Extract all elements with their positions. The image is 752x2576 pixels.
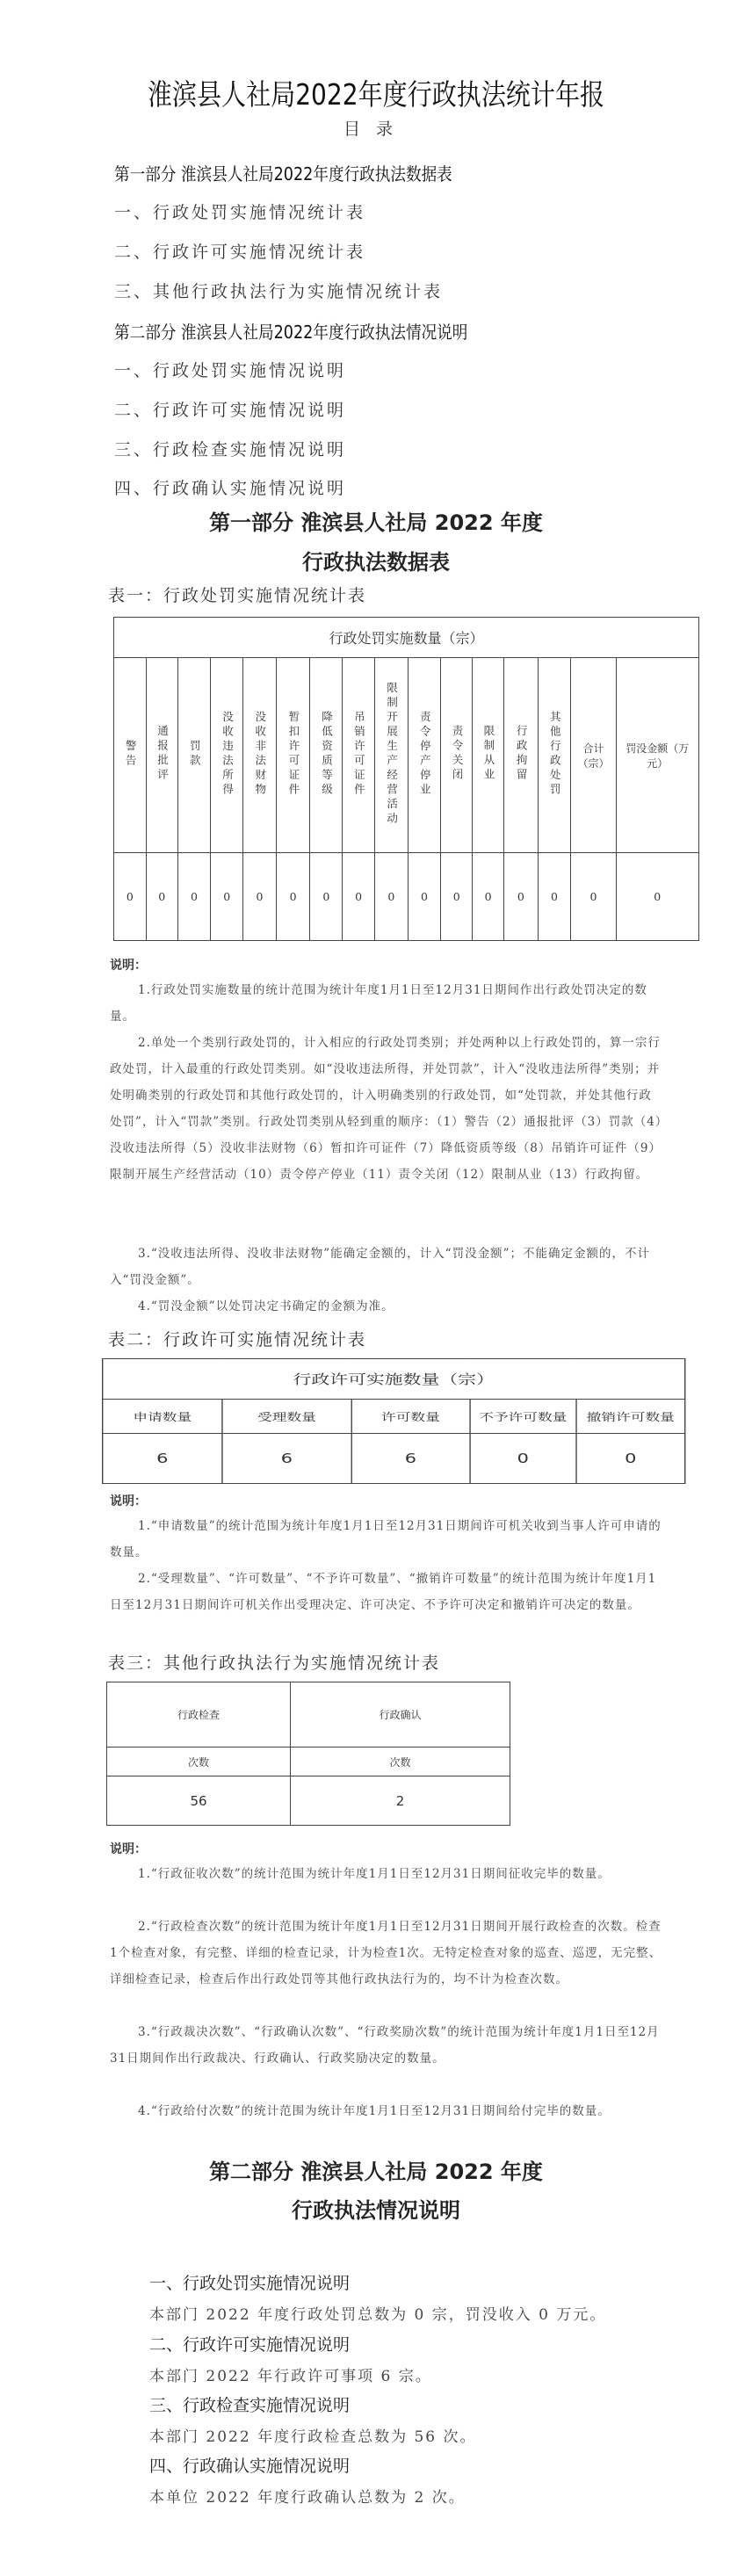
table2-note: 1.“申请数量”的统计范围为统计年度1月1日至12月31日期间许可机关收到当事人…: [110, 1513, 663, 1566]
section-heading: 一、行政处罚实施情况说明: [149, 2270, 350, 2294]
toc-item: 四、行政确认实施情况说明: [114, 475, 346, 499]
permit-table: 行政许可实施数量（宗） 申请数量 受理数量 许可数量 不予许可数量 撤销许可数量…: [102, 1358, 685, 1484]
col-header: 行政拘留: [516, 725, 527, 783]
other-header-row: 行政检查 行政确认: [107, 1682, 510, 1747]
part2-title-line1: 第二部分 淮滨县人社局 2022 年度: [0, 2154, 752, 2185]
cell-value: 0: [504, 853, 539, 941]
col-header: 暂扣许可证件: [287, 711, 299, 798]
col-header: 许可数量: [351, 1400, 470, 1434]
cell-value: 0: [616, 853, 698, 941]
toc-item: 三、其他行政执法行为实施情况统计表: [114, 279, 443, 302]
section-heading: 三、行政检查实施情况说明: [149, 2392, 350, 2416]
col-header: 没收违法所得: [221, 711, 233, 798]
table1-note: 1.行政处罚实施数量的统计范围为统计年度1月1日至12月31日期间作出行政处罚决…: [110, 977, 663, 1030]
toc-item: 一、行政处罚实施情况说明: [114, 358, 346, 381]
col-header: 行政检查: [107, 1682, 291, 1747]
cell-value: 0: [343, 853, 375, 941]
col-header: 限制开展生产经营活动: [386, 682, 397, 827]
document-title: 淮滨县人社局2022年度行政执法统计年报: [56, 72, 696, 113]
cell-value: 0: [441, 853, 473, 941]
cell-value: 6: [351, 1434, 470, 1484]
cell-value: 6: [222, 1434, 351, 1484]
penalty-table: 行政处罚实施数量（宗） 警告 通报批评 罚款 没收违法所得 没收非法财物 暂扣许…: [113, 617, 699, 941]
col-header: 不予许可数量: [470, 1400, 576, 1434]
col-header: 警告: [125, 740, 136, 769]
col-header: 降低资质等级: [321, 711, 332, 798]
cell-value: 0: [114, 853, 147, 941]
col-subheader: 次数: [291, 1747, 510, 1776]
col-header: 责令停产停业: [419, 711, 430, 798]
col-header: 受理数量: [222, 1400, 351, 1434]
cell-value: 6: [103, 1434, 222, 1484]
col-header: 限制从业: [482, 725, 494, 783]
permit-group-header: 行政许可实施数量（宗）: [103, 1359, 685, 1400]
penalty-group-header: 行政处罚实施数量（宗）: [114, 618, 699, 658]
section-body: 本部门 2022 年度行政处罚总数为 0 宗，罚没收入 0 万元。: [149, 2302, 606, 2324]
col-header: 申请数量: [103, 1400, 222, 1434]
col-header: 撤销许可数量: [576, 1400, 685, 1434]
cell-value: 0: [374, 853, 408, 941]
section-body: 本部门 2022 年度行政检查总数为 56 次。: [149, 2424, 477, 2446]
cell-value: 0: [571, 853, 616, 941]
part1-title-line2: 行政执法数据表: [0, 545, 752, 575]
col-header: 行政确认: [291, 1682, 510, 1747]
cell-value: 0: [473, 853, 504, 941]
toc-heading: 目录: [0, 116, 752, 140]
table1-note: 4.“罚没金额”以处罚决定书确定的金额为准。: [110, 1293, 663, 1320]
cell-value: 56: [107, 1776, 291, 1826]
toc-item: 一、行政处罚实施情况统计表: [114, 199, 365, 223]
cell-value: 0: [408, 853, 441, 941]
cell-value: 0: [538, 853, 571, 941]
table3-note: 3.“行政裁决次数”、“行政确认次数”、“行政奖励次数”的统计范围为统计年度1月…: [110, 2019, 663, 2072]
table2-note: 2.“受理数量”、“许可数量”、“不予许可数量”、“撤销许可数量”的统计范围为统…: [110, 1566, 663, 1618]
other-subheader-row: 次数 次数: [107, 1747, 510, 1776]
cell-value: 0: [576, 1434, 685, 1484]
cell-value: 0: [211, 853, 243, 941]
part2-title-line2: 行政执法情况说明: [0, 2193, 752, 2224]
table2-caption: 表二：行政许可实施情况统计表: [108, 1327, 366, 1350]
col-header-amount: 罚没金额（万元）: [616, 658, 698, 853]
section-heading: 二、行政许可实施情况说明: [149, 2332, 350, 2355]
table2-notes-label: 说明：: [110, 1492, 147, 1509]
section-body: 本单位 2022 年度行政确认总数为 2 次。: [149, 2485, 466, 2507]
section-heading: 四、行政确认实施情况说明: [149, 2453, 350, 2477]
col-header-total: 合计（宗）: [571, 658, 616, 853]
col-header: 吊销许可证件: [353, 711, 365, 798]
table-row: 56 2: [107, 1776, 510, 1826]
table3-note: 1.“行政征收次数”的统计范围为统计年度1月1日至12月31日期间征收完毕的数量…: [110, 1861, 663, 1887]
col-subheader: 次数: [107, 1747, 291, 1776]
cell-value: 2: [291, 1776, 510, 1826]
table-row: 0 0 0 0 0 0 0 0 0 0 0 0 0 0 0 0: [114, 853, 699, 941]
cell-value: 0: [276, 853, 310, 941]
col-header: 没收非法财物: [254, 711, 265, 798]
toc-part2: 第二部分 淮滨县人社局2022年度行政执法情况说明: [114, 318, 467, 344]
table1-caption: 表一：行政处罚实施情况统计表: [108, 582, 366, 606]
cell-value: 0: [243, 853, 277, 941]
table3-notes-label: 说明：: [110, 1840, 147, 1857]
penalty-header-row: 警告 通报批评 罚款 没收违法所得 没收非法财物 暂扣许可证件 降低资质等级 吊…: [114, 658, 699, 853]
table3-caption: 表三：其他行政执法行为实施情况统计表: [108, 1650, 440, 1674]
cell-value: 0: [146, 853, 177, 941]
toc-item: 三、行政检查实施情况说明: [114, 437, 346, 460]
col-header: 通报批评: [156, 725, 168, 783]
other-enforcement-table: 行政检查 行政确认 次数 次数 56 2: [106, 1682, 510, 1826]
table3-note: 4.“行政给付次数”的统计范围为统计年度1月1日至12月31日期间给付完毕的数量…: [110, 2098, 663, 2124]
table1-notes-label: 说明：: [110, 956, 147, 973]
permit-header-row: 申请数量 受理数量 许可数量 不予许可数量 撤销许可数量: [103, 1400, 685, 1434]
table1-note: 3.“没收违法所得、没收非法财物”能确定金额的，计入“罚没金额”；不能确定金额的…: [110, 1241, 663, 1293]
col-header: 其他行政处罚: [549, 711, 560, 798]
cell-value: 0: [177, 853, 211, 941]
table3-note: 2.“行政检查次数”的统计范围为统计年度1月1日至12月31日期间开展行政检查的…: [110, 1914, 663, 1993]
toc-part1: 第一部分 淮滨县人社局2022年度行政执法数据表: [114, 160, 452, 185]
col-header: 责令关闭: [452, 725, 463, 783]
col-header: 罚款: [189, 740, 200, 769]
cell-value: 0: [470, 1434, 576, 1484]
table1-note: 2.单处一个类别行政处罚的，计入相应的行政处罚类别；并处两种以上行政处罚的，算一…: [110, 1030, 663, 1188]
cell-value: 0: [310, 853, 343, 941]
section-body: 本部门 2022 年行政许可事项 6 宗。: [149, 2363, 432, 2385]
toc-item: 二、行政许可实施情况统计表: [114, 239, 365, 263]
part1-title-line1: 第一部分 淮滨县人社局 2022 年度: [0, 505, 752, 536]
toc-item: 二、行政许可实施情况说明: [114, 397, 346, 421]
table-row: 6 6 6 0 0: [103, 1434, 685, 1484]
